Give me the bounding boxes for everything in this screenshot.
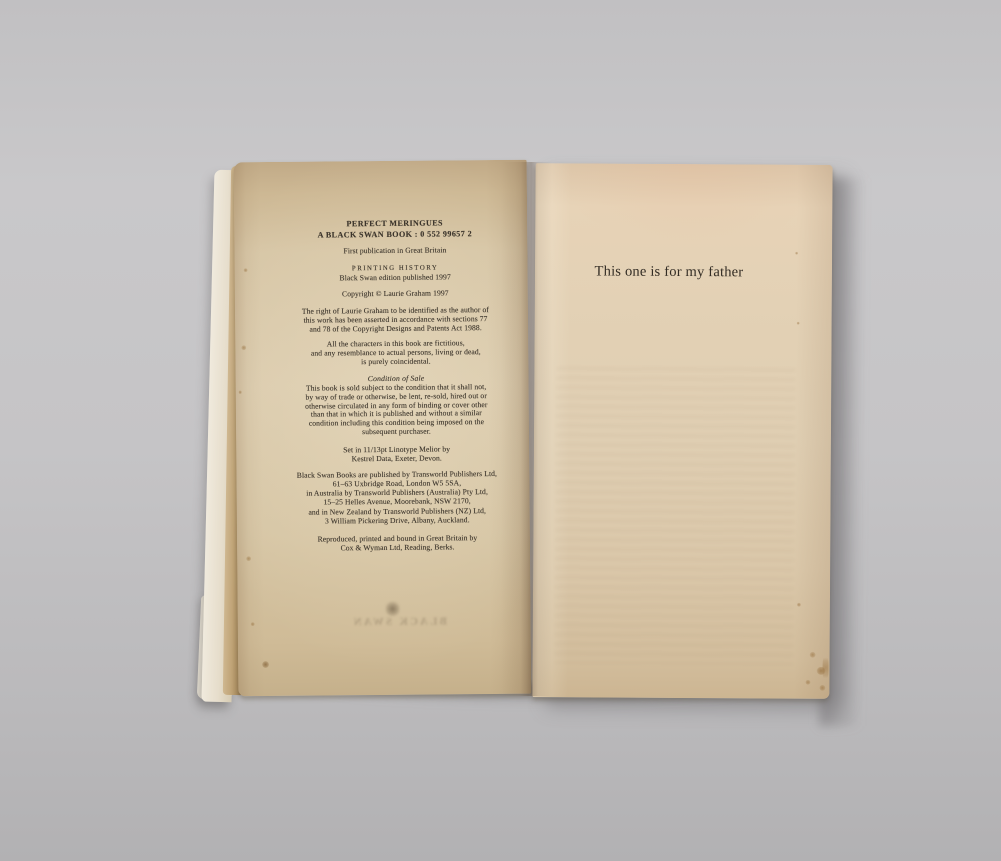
foxing-spot [805,680,810,685]
copyright-page: PERFECT MERINGUES A BLACK SWAN BOOK : 0 … [234,160,532,697]
condition-of-sale-block: This book is sold subject to the conditi… [266,383,527,438]
imprint-line: subsequent purchaser. [266,427,527,438]
imprint-line: 3 William Pickering Drive, Albany, Auckl… [267,515,528,526]
printing-history-block: PRINTING HISTORY Black Swan edition publ… [265,263,526,283]
first-publication-line: First publication in Great Britain [264,245,525,256]
foxing-spot [239,390,242,394]
foxing-spot [241,345,246,350]
rights-assertion-block: The right of Laurie Graham to be identif… [265,305,526,334]
printing-history-line: Black Swan edition published 1997 [265,272,526,283]
foxing-spot [797,322,800,325]
foxing-spot [797,603,801,607]
show-through-text: BLACK SWAN [268,616,531,629]
open-paperback-book: PERFECT MERINGUES A BLACK SWAN BOOK : 0 … [0,0,1001,861]
foxing-spot [795,252,798,255]
book-photo-scene: PERFECT MERINGUES A BLACK SWAN BOOK : 0 … [0,0,1001,861]
foxing-spot [262,661,269,668]
title-block: PERFECT MERINGUES A BLACK SWAN BOOK : 0 … [264,218,525,241]
foxing-spot [244,268,248,272]
imprint-line: Kestrel Data, Exeter, Devon. [266,453,527,464]
imprint-text-block: PERFECT MERINGUES A BLACK SWAN BOOK : 0 … [264,218,528,553]
copyright-line: Copyright © Laurie Graham 1997 [265,288,526,299]
foxing-spot [810,652,816,658]
imprint-line: Cox & Wyman Ltd, Reading, Berks. [267,542,528,553]
foxing-spot [246,556,251,561]
foxing-spot [251,622,255,626]
printer-block: Reproduced, printed and bound in Great B… [267,533,528,553]
publisher-addresses-block: Black Swan Books are published by Transw… [266,469,527,526]
dedication-page: This one is for my father [532,163,832,699]
isbn-line: A BLACK SWAN BOOK : 0 552 99657 2 [264,228,525,241]
typesetting-block: Set in 11/13pt Linotype Melior by Kestre… [266,444,527,464]
fictitious-disclaimer-block: All the characters in this book are fict… [265,338,526,367]
foxing-spot [819,685,825,691]
imprint-line: is purely coincidental. [265,356,526,367]
dedication-text: This one is for my father [535,263,803,282]
text-show-through [555,367,796,664]
show-through-swan-logo [386,601,400,617]
foxing-edge-stain [822,655,828,681]
